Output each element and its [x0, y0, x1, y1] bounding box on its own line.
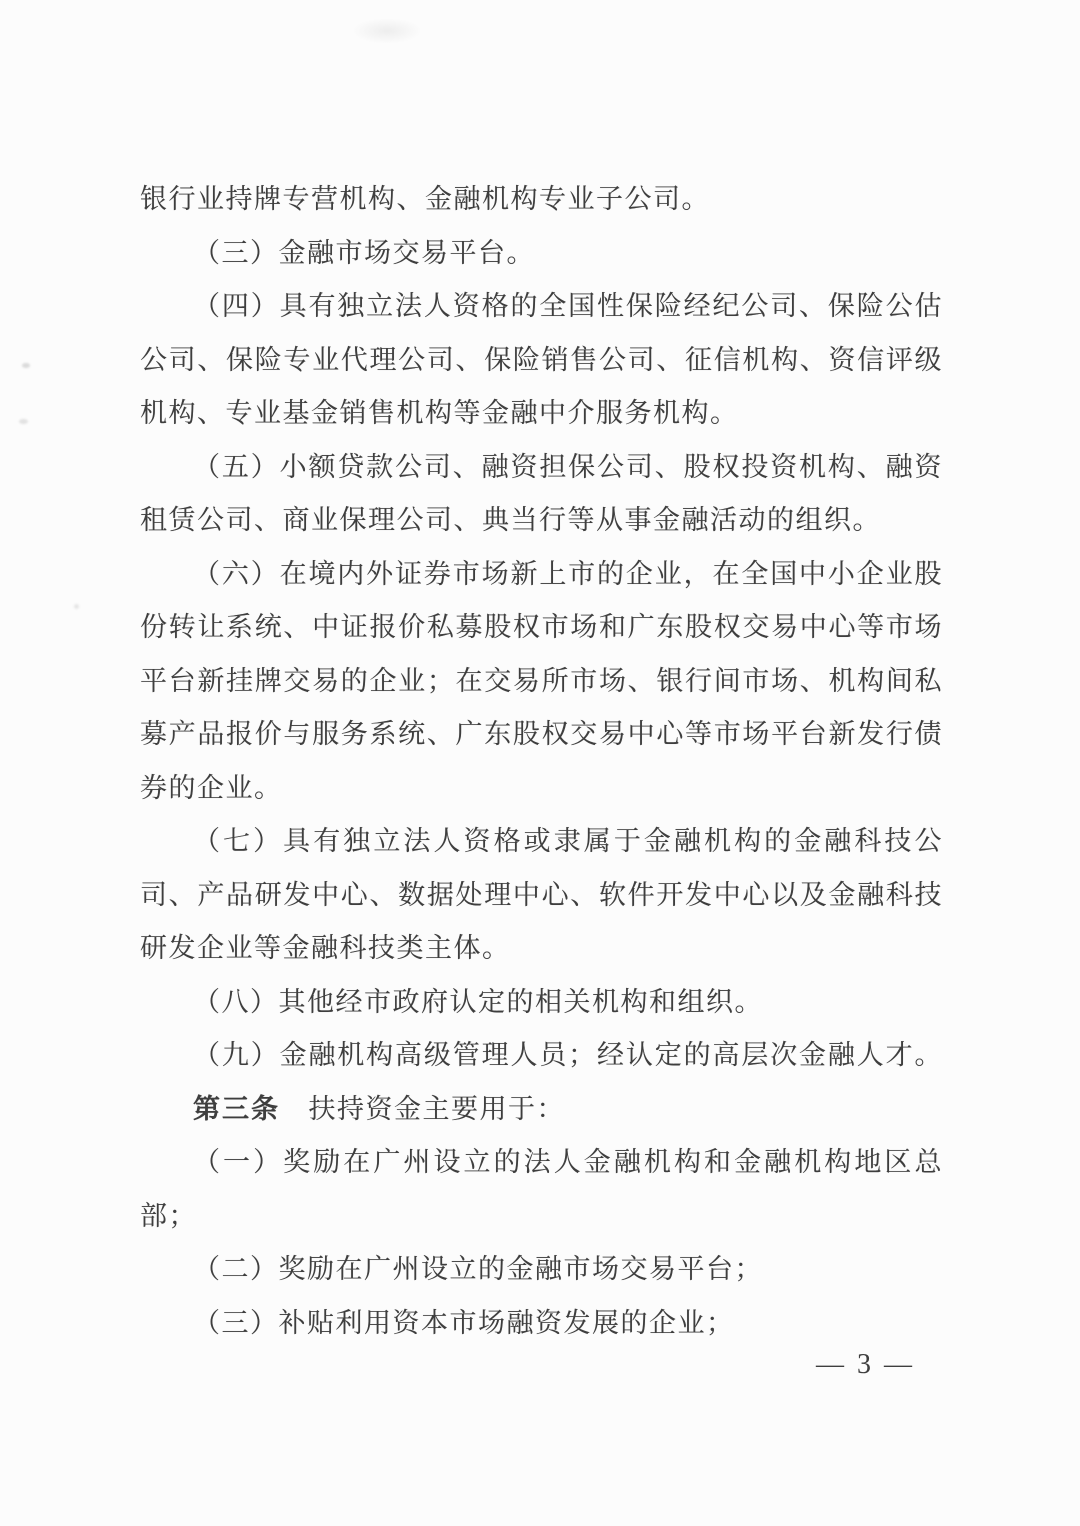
- text-line: （三）金融市场交易平台。: [140, 227, 943, 281]
- text-line: （四）具有独立法人资格的全国性保险经纪公司、保险公估: [140, 280, 943, 334]
- scan-speckle: [22, 363, 30, 368]
- text-line: 第三条 扶持资金主要用于：: [140, 1083, 943, 1137]
- text-line: 募产品报价与服务系统、广东股权交易中心等市场平台新发行债: [140, 708, 943, 762]
- page-number: — 3 —: [816, 1349, 915, 1380]
- text-run: 平台新挂牌交易的企业；在交易所市场、银行间市场、机构间私: [140, 666, 943, 696]
- text-run: （六）在境内外证券市场新上市的企业，在全国中小企业股: [193, 559, 943, 589]
- text-run: （九）金融机构高级管理人员；经认定的高层次金融人才。: [193, 1040, 943, 1070]
- text-run: （二）奖励在广州设立的金融市场交易平台；: [193, 1254, 763, 1284]
- text-run: （八）其他经市政府认定的相关机构和组织。: [193, 987, 763, 1017]
- text-run: 机构、专业基金销售机构等金融中介服务机构。: [140, 398, 739, 428]
- text-line: （三）补贴利用资本市场融资发展的企业；: [140, 1297, 943, 1351]
- scan-speckle: [74, 604, 79, 609]
- text-line: 公司、保险专业代理公司、保险销售公司、征信机构、资信评级: [140, 334, 943, 388]
- scan-smudge: [352, 18, 422, 44]
- text-line: 平台新挂牌交易的企业；在交易所市场、银行间市场、机构间私: [140, 655, 943, 709]
- text-run: 租赁公司、商业保理公司、典当行等从事金融活动的组织。: [140, 505, 881, 535]
- text-line: （二）奖励在广州设立的金融市场交易平台；: [140, 1243, 943, 1297]
- text-line: （八）其他经市政府认定的相关机构和组织。: [140, 976, 943, 1030]
- text-line: （七）具有独立法人资格或隶属于金融机构的金融科技公: [140, 815, 943, 869]
- text-run: （四）具有独立法人资格的全国性保险经纪公司、保险公估: [193, 291, 943, 321]
- text-line: 研发企业等金融科技类主体。: [140, 922, 943, 976]
- article-heading: 第三条: [193, 1094, 280, 1124]
- text-line: 租赁公司、商业保理公司、典当行等从事金融活动的组织。: [140, 494, 943, 548]
- text-run: （七）具有独立法人资格或隶属于金融机构的金融科技公: [193, 826, 943, 856]
- text-line: 银行业持牌专营机构、金融机构专业子公司。: [140, 173, 943, 227]
- text-line: 部；: [140, 1190, 943, 1244]
- text-run: 部；: [140, 1201, 197, 1231]
- text-run: 募产品报价与服务系统、广东股权交易中心等市场平台新发行债: [140, 719, 943, 749]
- text-run: （三）补贴利用资本市场融资发展的企业；: [193, 1308, 735, 1338]
- text-line: （六）在境内外证券市场新上市的企业，在全国中小企业股: [140, 548, 943, 602]
- text-run: 份转让系统、中证报价私募股权市场和广东股权交易中心等市场: [140, 612, 943, 642]
- document-page: 银行业持牌专营机构、金融机构专业子公司。（三）金融市场交易平台。（四）具有独立法…: [0, 0, 1080, 1526]
- text-run: 公司、保险专业代理公司、保险销售公司、征信机构、资信评级: [140, 345, 943, 375]
- document-body: 银行业持牌专营机构、金融机构专业子公司。（三）金融市场交易平台。（四）具有独立法…: [140, 173, 943, 1350]
- text-run: 扶持资金主要用于：: [280, 1094, 565, 1124]
- text-line: 机构、专业基金销售机构等金融中介服务机构。: [140, 387, 943, 441]
- text-run: 研发企业等金融科技类主体。: [140, 933, 511, 963]
- text-line: 份转让系统、中证报价私募股权市场和广东股权交易中心等市场: [140, 601, 943, 655]
- text-line: 司、产品研发中心、数据处理中心、软件开发中心以及金融科技: [140, 869, 943, 923]
- text-run: （三）金融市场交易平台。: [193, 238, 535, 268]
- page-footer: — 3 —: [816, 1348, 915, 1382]
- text-line: （一）奖励在广州设立的法人金融机构和金融机构地区总: [140, 1136, 943, 1190]
- text-line: （五）小额贷款公司、融资担保公司、股权投资机构、融资: [140, 441, 943, 495]
- text-line: （九）金融机构高级管理人员；经认定的高层次金融人才。: [140, 1029, 943, 1083]
- text-line: 券的企业。: [140, 762, 943, 816]
- text-run: 司、产品研发中心、数据处理中心、软件开发中心以及金融科技: [140, 880, 943, 910]
- scan-speckle: [19, 419, 28, 424]
- text-run: （五）小额贷款公司、融资担保公司、股权投资机构、融资: [193, 452, 943, 482]
- text-run: 券的企业。: [140, 773, 283, 803]
- text-run: （一）奖励在广州设立的法人金融机构和金融机构地区总: [193, 1147, 943, 1177]
- text-run: 银行业持牌专营机构、金融机构专业子公司。: [140, 184, 710, 214]
